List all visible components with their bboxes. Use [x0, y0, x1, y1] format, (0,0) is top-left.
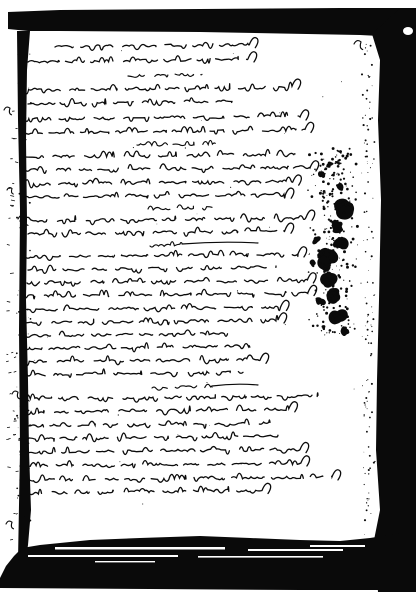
left-strip-speckle	[20, 406, 21, 407]
ink-speckle	[372, 163, 373, 164]
ink-speckle	[330, 215, 331, 216]
ink-speckle	[345, 204, 347, 206]
ink-speckle	[331, 190, 333, 192]
bottom-band-white-streak	[55, 547, 225, 550]
left-strip-speckle	[18, 290, 19, 291]
ink-speckle	[345, 288, 348, 291]
ink-speckle	[329, 178, 330, 179]
ink-speckle	[350, 241, 352, 243]
ink-speckle	[370, 259, 371, 260]
ink-speckle	[368, 505, 369, 506]
ink-speckle	[323, 292, 324, 293]
ink-speckle	[121, 50, 122, 51]
left-strip-speckle	[17, 54, 18, 55]
ink-speckle	[326, 306, 328, 308]
ink-speckle	[341, 246, 342, 247]
ink-speckle	[336, 266, 337, 267]
ink-speckle	[371, 64, 373, 66]
ink-speckle	[339, 246, 340, 247]
ink-speckle	[333, 240, 335, 242]
ink-speckle	[361, 73, 363, 75]
left-strip-speckle	[26, 450, 27, 451]
ink-speckle	[312, 325, 315, 328]
left-strip-speckle	[24, 456, 25, 457]
ink-speckle	[351, 217, 353, 219]
ink-speckle	[370, 355, 372, 357]
ink-speckle	[370, 342, 372, 344]
ink-speckle	[321, 262, 322, 263]
ink-speckle	[367, 379, 368, 380]
ink-speckle	[344, 183, 347, 186]
ink-speckle	[333, 313, 336, 316]
ink-speckle	[342, 326, 344, 328]
ink-speckle	[367, 335, 368, 336]
left-strip-speckle	[24, 253, 25, 254]
ink-speckle	[326, 332, 327, 333]
ink-speckle	[338, 174, 340, 176]
manuscript-scan	[0, 0, 418, 600]
gutter-tick	[7, 427, 10, 428]
ink-speckle	[350, 172, 351, 173]
ink-speckle	[350, 154, 352, 156]
ink-speckle	[322, 325, 325, 328]
left-strip-speckle	[21, 463, 22, 464]
ink-speckle	[371, 306, 372, 307]
left-strip-speckle	[28, 467, 30, 469]
ink-speckle	[335, 156, 337, 158]
left-strip-speckle	[29, 520, 31, 522]
left-strip-speckle	[30, 318, 32, 320]
left-strip-speckle	[20, 532, 21, 533]
left-strip-speckle	[23, 367, 24, 368]
left-strip-speckle	[18, 82, 20, 84]
ink-speckle	[343, 178, 345, 180]
ink-speckle	[371, 383, 373, 385]
ink-speckle	[362, 385, 363, 386]
ink-speckle	[343, 239, 345, 241]
ink-speckle	[351, 204, 353, 206]
ink-speckle	[341, 81, 342, 82]
ink-speckle	[356, 225, 359, 228]
ink-speckle	[324, 167, 327, 170]
ink-speckle	[336, 220, 339, 223]
ink-speckle	[341, 230, 342, 231]
ink-speckle	[366, 498, 367, 499]
ink-speckle	[326, 256, 327, 257]
ink-speckle	[341, 154, 344, 157]
ink-speckle	[364, 519, 366, 521]
ink-speckle	[343, 280, 344, 281]
ink-speckle	[336, 246, 339, 249]
ink-speckle	[354, 389, 355, 390]
ink-speckle	[323, 231, 326, 234]
ink-speckle	[352, 176, 354, 178]
ink-speckle	[338, 237, 341, 240]
ink-speckle	[322, 180, 325, 183]
ink-speckle	[328, 302, 330, 304]
ink-speckle	[329, 297, 332, 300]
left-strip-speckle	[29, 347, 30, 348]
ink-speckle	[363, 414, 364, 415]
ink-speckle	[321, 170, 322, 171]
left-strip-speckle	[25, 229, 26, 230]
ink-speckle	[357, 244, 358, 245]
ink-speckle	[372, 312, 373, 313]
ink-speckle	[364, 416, 365, 417]
ink-speckle	[327, 206, 328, 207]
ink-speckle	[366, 44, 367, 45]
ink-speckle	[367, 239, 368, 240]
left-strip-speckle	[18, 75, 19, 76]
ink-speckle	[337, 165, 340, 168]
ink-speckle	[367, 51, 368, 52]
ink-speckle	[326, 228, 327, 229]
ink-speckle	[349, 200, 350, 201]
ink-speckle	[369, 417, 371, 419]
ink-speckle	[368, 391, 369, 392]
ink-speckle	[347, 298, 348, 299]
ink-speckle	[316, 324, 318, 326]
ink-speckle	[365, 407, 366, 408]
ink-speckle	[312, 229, 314, 231]
gutter-tick	[10, 273, 14, 274]
ink-speckle	[348, 197, 350, 199]
ink-speckle	[317, 315, 318, 316]
ink-speckle	[364, 211, 366, 213]
ink-speckle	[345, 199, 346, 200]
ink-speckle	[308, 319, 310, 321]
ink-speckle	[326, 195, 327, 196]
ink-speckle	[320, 174, 321, 175]
ink-speckle	[362, 336, 363, 337]
ink-speckle	[365, 326, 366, 327]
ink-speckle	[371, 231, 373, 233]
ink-speckle	[339, 188, 340, 189]
ink-speckle	[313, 174, 315, 176]
ink-speckle	[370, 513, 371, 514]
ink-speckle	[316, 313, 318, 315]
ink-speckle	[339, 333, 340, 334]
ink-speckle	[307, 189, 309, 191]
ink-speckle	[373, 462, 375, 464]
ink-speckle	[314, 233, 316, 235]
left-strip-speckle	[29, 250, 31, 252]
left-strip-speckle	[16, 217, 18, 219]
left-strip-speckle	[24, 429, 26, 431]
ink-speckle	[328, 267, 331, 270]
ink-speckle	[317, 249, 320, 252]
ink-speckle	[201, 120, 202, 121]
ink-speckle	[364, 484, 365, 485]
ink-speckle	[352, 238, 355, 241]
ink-speckle	[366, 380, 367, 381]
ink-speckle	[348, 319, 350, 321]
ink-speckle	[372, 237, 373, 238]
ink-speckle	[197, 214, 198, 215]
ink-speckle	[366, 150, 368, 152]
ink-speckle	[343, 230, 345, 232]
ink-speckle	[366, 211, 367, 212]
ink-speckle	[339, 232, 341, 234]
ink-speckle	[327, 182, 330, 185]
ink-speckle	[119, 461, 120, 462]
ink-speckle	[371, 325, 372, 326]
ink-speckle	[346, 188, 349, 191]
ink-speckle	[326, 202, 328, 204]
ink-speckle	[330, 281, 332, 283]
ink-speckle	[321, 330, 322, 331]
ink-speckle	[334, 323, 335, 324]
ink-speckle	[329, 239, 330, 240]
ink-speckle	[368, 473, 369, 474]
ink-speckle	[323, 270, 326, 273]
left-strip-speckle	[17, 417, 18, 418]
ink-speckle	[343, 250, 346, 253]
ink-speckle	[321, 304, 323, 306]
bottom-band-white-streak	[198, 556, 323, 558]
ink-speckle	[315, 289, 317, 291]
ink-speckle	[354, 198, 356, 200]
ink-speckle	[367, 322, 368, 323]
left-strip-speckle	[30, 102, 32, 104]
left-strip-speckle	[16, 487, 18, 489]
ink-speckle	[121, 254, 122, 255]
ink-speckle	[322, 200, 324, 202]
ink-speckle	[240, 463, 241, 464]
ink-speckle	[326, 165, 328, 167]
ink-speckle	[336, 184, 339, 187]
left-strip-speckle	[19, 227, 20, 228]
ink-speckle	[332, 269, 333, 270]
ink-speckle	[331, 193, 333, 195]
ink-speckle	[209, 425, 210, 426]
ink-speckle	[365, 251, 367, 253]
ink-speckle	[340, 265, 342, 267]
left-strip-speckle	[26, 139, 27, 140]
ink-speckle	[341, 199, 342, 200]
ink-speckle	[331, 273, 333, 275]
ink-speckle	[367, 161, 368, 162]
ink-speckle	[354, 328, 356, 330]
ink-speckle	[324, 334, 325, 335]
ink-speckle	[329, 236, 330, 237]
ink-speckle	[334, 208, 336, 210]
ink-speckle	[316, 272, 318, 274]
left-strip-speckle	[18, 495, 20, 497]
ink-speckle	[365, 397, 367, 399]
ink-speckle	[372, 198, 373, 199]
ink-speckle	[133, 147, 134, 148]
ink-speckle	[365, 47, 366, 48]
ink-speckle	[325, 312, 328, 315]
ink-speckle	[349, 326, 351, 328]
ink-speckle	[339, 258, 340, 259]
ink-speckle	[339, 230, 340, 231]
left-strip-speckle	[16, 352, 18, 354]
ink-speckle	[367, 163, 368, 164]
ink-speckle	[368, 227, 369, 228]
ink-speckle	[368, 498, 369, 499]
ink-speckle	[374, 294, 375, 295]
ink-speckle	[346, 186, 347, 187]
bottom-band-white-streak	[28, 555, 178, 557]
ink-speckle	[314, 152, 316, 154]
ink-speckle	[332, 188, 334, 190]
ink-speckle	[317, 256, 320, 259]
left-strip-speckle	[23, 153, 24, 154]
ink-speckle	[308, 153, 311, 156]
ink-speckle	[284, 133, 285, 134]
ink-speckle	[206, 382, 207, 383]
ink-speckle	[365, 338, 367, 340]
ink-speckle	[322, 252, 324, 254]
left-strip-speckle	[28, 410, 30, 412]
ink-speckle	[324, 173, 326, 175]
ink-speckle	[355, 192, 357, 194]
ink-speckle	[368, 469, 370, 471]
ink-speckle	[315, 185, 316, 186]
ink-speckle	[321, 158, 323, 160]
ink-speckle	[366, 502, 367, 503]
ink-speckle	[314, 168, 316, 170]
ink-speckle	[367, 321, 369, 323]
left-strip-speckle	[27, 310, 28, 311]
ink-speckle	[363, 124, 365, 126]
left-strip-speckle	[18, 440, 19, 441]
ink-speckle	[339, 305, 341, 307]
ink-speckle	[341, 330, 343, 332]
ink-speckle	[339, 269, 340, 270]
ink-speckle	[320, 152, 323, 155]
ink-speckle	[329, 195, 331, 197]
ink-speckle	[328, 165, 330, 167]
ink-speckle	[372, 85, 373, 86]
ink-speckle	[330, 244, 333, 247]
ink-speckle	[324, 215, 325, 216]
left-strip-speckle	[21, 528, 22, 529]
ink-speckle	[332, 147, 335, 150]
ink-speckle	[98, 197, 99, 198]
ink-speckle	[356, 258, 357, 259]
ink-speckle	[328, 252, 330, 254]
ink-speckle	[373, 295, 374, 296]
ink-speckle	[365, 297, 366, 298]
ink-speckle	[365, 156, 367, 158]
ink-speckle	[345, 290, 348, 293]
ink-speckle	[363, 240, 364, 241]
ink-speckle	[351, 226, 352, 227]
ink-speckle	[341, 325, 343, 327]
ink-speckle	[364, 53, 366, 55]
left-strip-speckle	[19, 54, 21, 56]
ink-speckle	[336, 174, 337, 175]
left-strip-speckle	[16, 415, 18, 417]
ink-speckle	[311, 175, 312, 176]
ink-speckle	[332, 163, 334, 165]
ink-speckle	[368, 76, 369, 77]
ink-speckle	[345, 327, 347, 329]
ink-speckle	[323, 309, 325, 311]
ink-speckle	[323, 329, 324, 330]
ink-speckle	[308, 271, 310, 273]
ink-speckle	[348, 323, 350, 325]
ink-speckle	[366, 509, 368, 511]
ink-speckle	[309, 253, 310, 254]
left-strip-speckle	[29, 54, 30, 55]
ink-speckle	[346, 263, 349, 266]
ink-speckle	[373, 141, 375, 143]
ink-speckle	[339, 159, 341, 161]
ink-speckle	[366, 302, 368, 304]
ink-speckle	[373, 158, 375, 160]
ink-speckle	[329, 261, 332, 264]
ink-speckle	[322, 196, 324, 198]
ink-speckle	[367, 401, 368, 402]
ink-speckle	[367, 172, 368, 173]
ink-speckle	[367, 314, 369, 316]
ink-speckle	[371, 326, 372, 327]
ink-speckle	[269, 227, 270, 228]
ink-speckle	[336, 155, 337, 156]
ink-speckle	[325, 289, 326, 290]
ink-speckle	[364, 534, 365, 535]
ink-speckle	[345, 241, 348, 244]
ink-speckle	[369, 102, 370, 103]
left-strip-speckle	[29, 424, 31, 426]
ink-speckle	[346, 266, 349, 269]
ink-speckle	[331, 295, 334, 298]
ink-speckle	[333, 317, 334, 318]
ink-speckle	[333, 251, 336, 254]
ink-speckle	[342, 259, 344, 261]
ink-speckle	[367, 329, 369, 331]
ink-speckle	[350, 285, 352, 287]
paper-background	[0, 0, 418, 600]
ink-speckle	[317, 297, 318, 298]
ink-speckle	[362, 117, 363, 118]
ink-speckle	[370, 45, 372, 47]
ink-speckle	[340, 179, 342, 181]
left-strip-speckle	[28, 317, 29, 318]
ink-speckle	[330, 265, 331, 266]
left-strip-speckle	[28, 88, 29, 89]
left-strip-speckle	[24, 516, 25, 517]
ink-speckle	[365, 404, 366, 405]
ink-speckle	[324, 265, 327, 268]
ink-speckle	[342, 213, 343, 214]
ink-speckle	[370, 353, 372, 355]
ink-speckle	[327, 291, 330, 294]
ink-speckle	[332, 259, 334, 261]
ink-speckle	[372, 318, 374, 320]
gutter-tick	[13, 411, 15, 412]
left-strip-speckle	[28, 333, 29, 334]
ink-speckle	[365, 115, 366, 116]
left-strip-speckle	[23, 370, 25, 372]
ink-speckle	[364, 143, 365, 144]
ink-speckle	[368, 392, 369, 393]
ink-speckle	[157, 224, 158, 225]
ink-speckle	[333, 203, 335, 205]
ink-speckle	[331, 158, 334, 161]
ink-speckle	[323, 263, 324, 264]
ink-speckle	[331, 175, 333, 177]
ink-speckle	[329, 329, 332, 332]
ink-speckle	[344, 157, 347, 160]
ink-speckle	[370, 167, 371, 168]
ink-speckle	[322, 321, 324, 323]
ink-speckle	[365, 139, 367, 141]
